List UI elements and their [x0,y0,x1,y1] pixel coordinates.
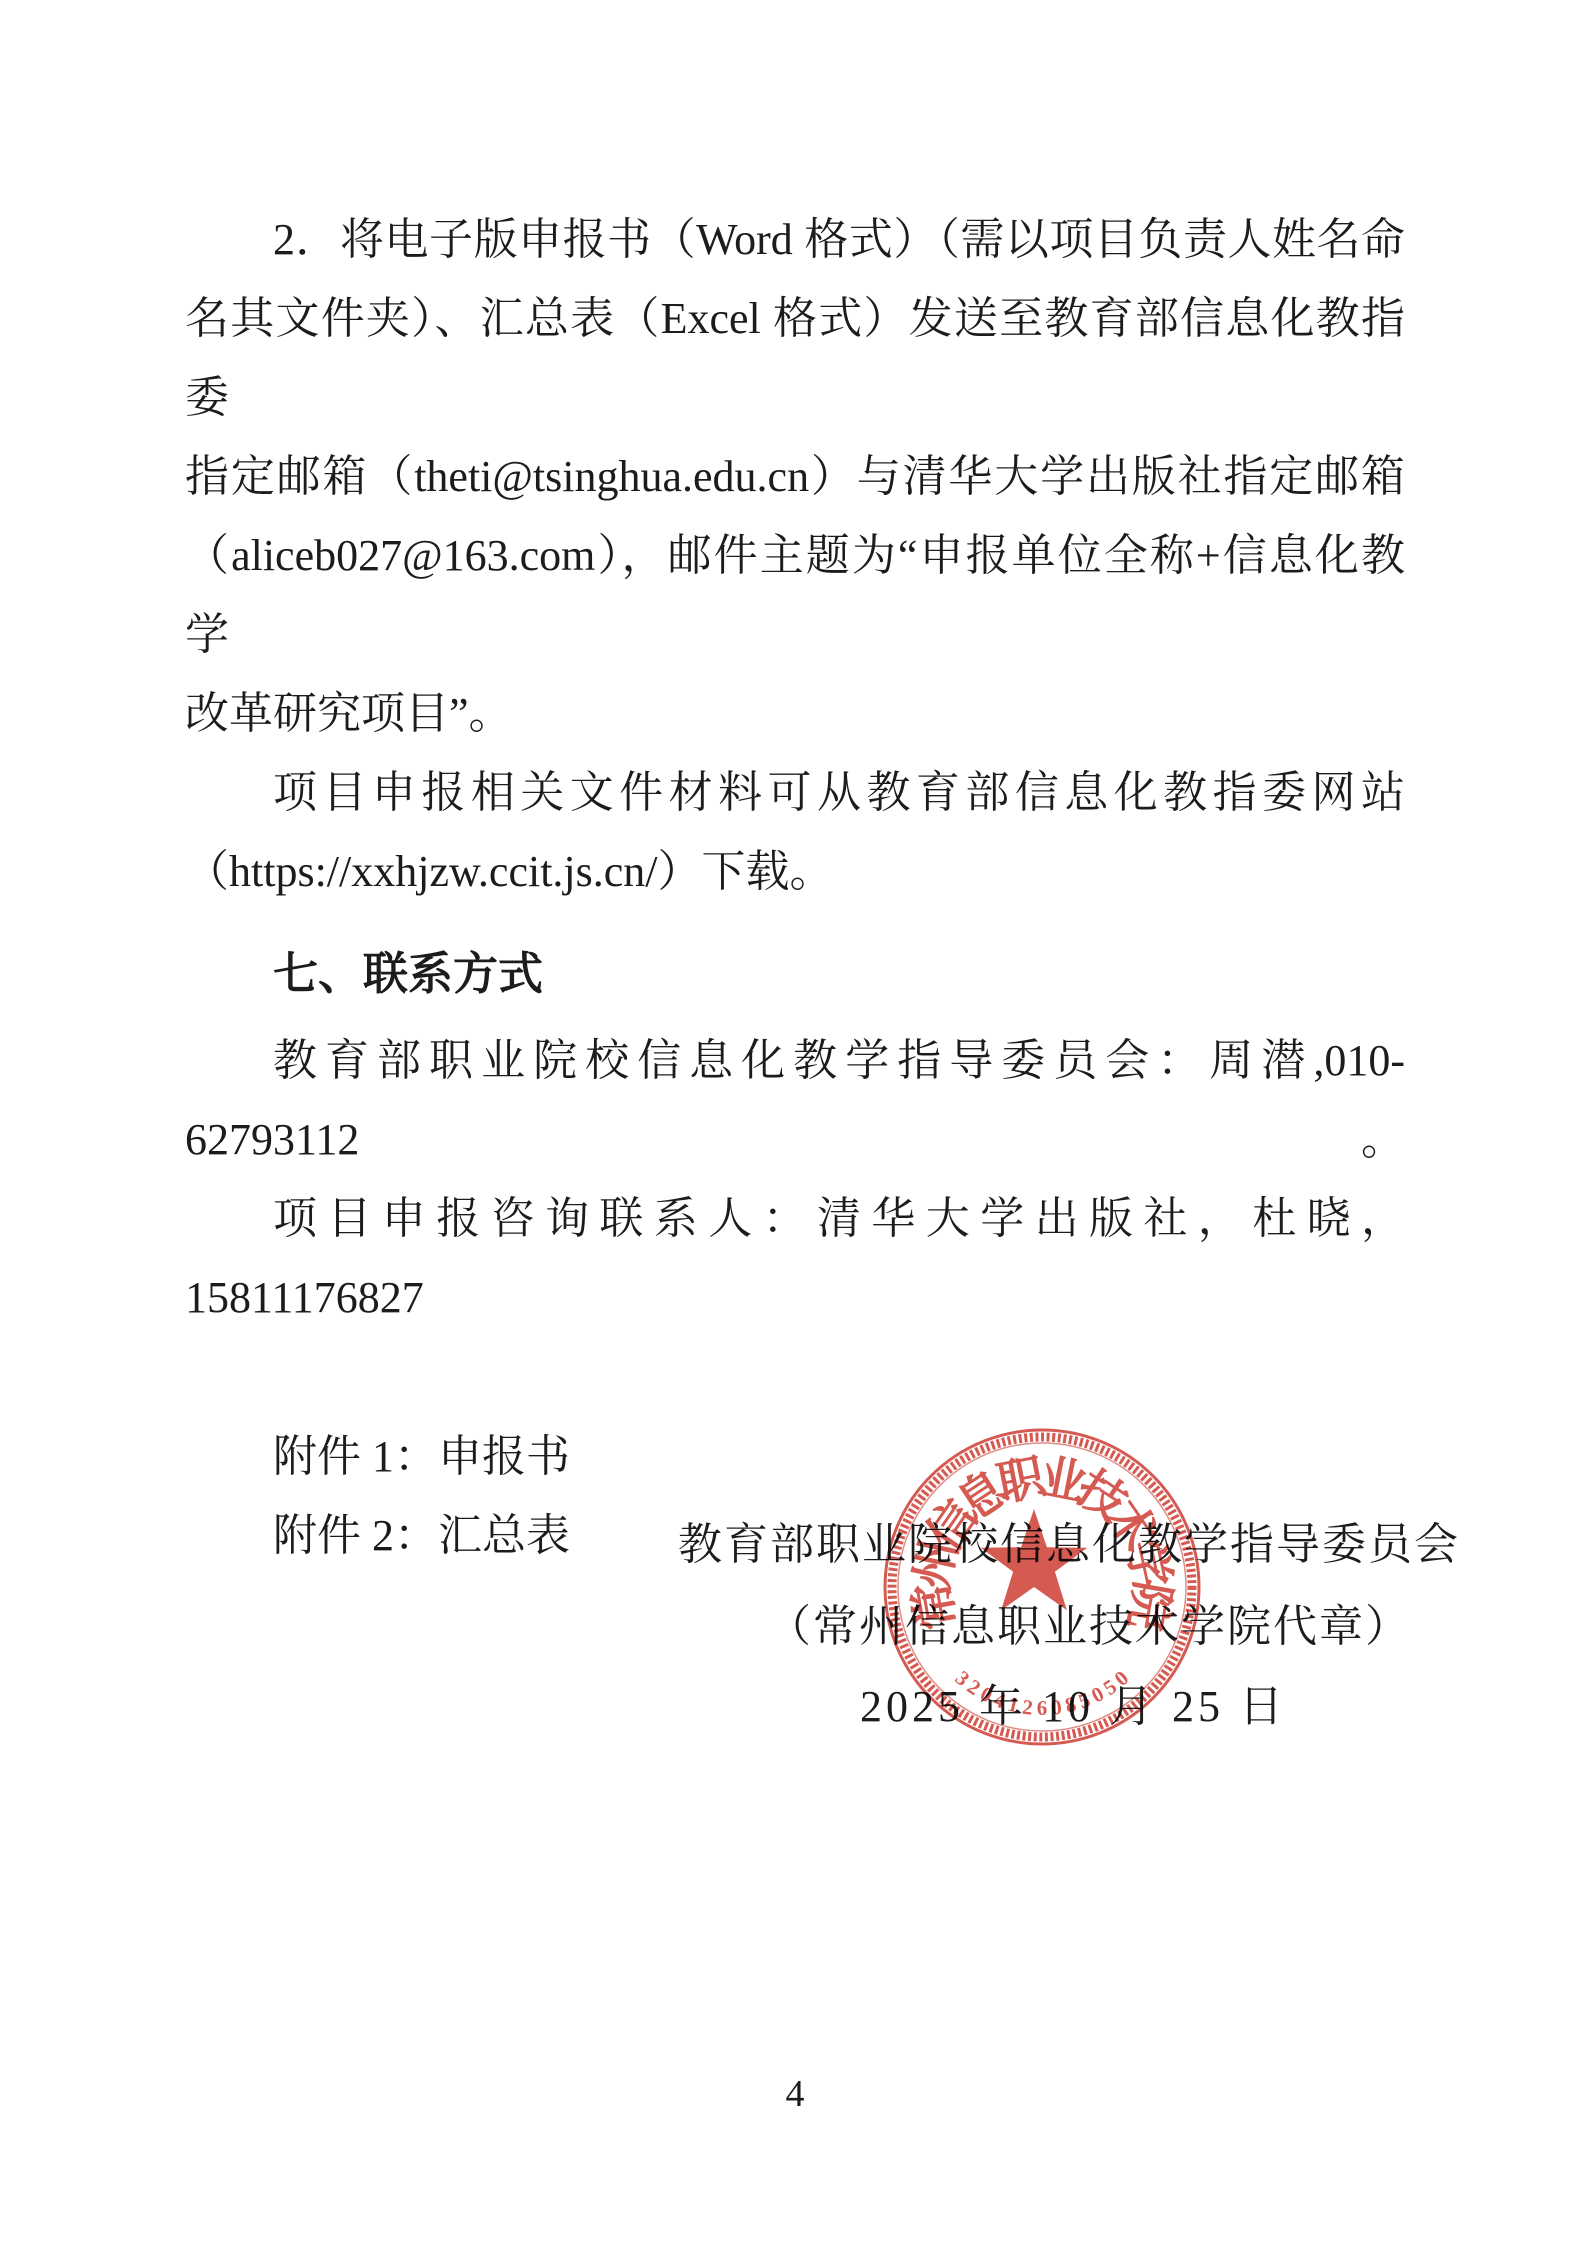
svg-text:2: 2 [1021,1695,1034,1720]
section-heading-contact: 七、联系方式 [185,934,1405,1013]
paragraph-download-line: 项目申报相关文件材料可从教育部信息化教指委网站 [185,753,1405,832]
document-body: 2．将电子版申报书（Word 格式）（需以项目负责人姓名命 名其文件夹）、汇总表… [185,200,1405,1575]
document-page: 2．将电子版申报书（Word 格式）（需以项目负责人姓名命 名其文件夹）、汇总表… [0,0,1588,2246]
svg-text:6: 6 [1037,1696,1048,1720]
paragraph-submission-line: 2．将电子版申报书（Word 格式）（需以项目负责人姓名命 [185,200,1405,279]
attachment-line-1: 附件 1：申报书 [185,1417,1405,1496]
seal-serial-number: 3204126085050 [951,1666,1133,1720]
seal-star-icon [981,1509,1088,1610]
svg-text:院: 院 [1118,1578,1179,1634]
contact-line-press: 项目申报咨询联系人：清华大学出版社，杜晓，15811176827 [185,1179,1405,1337]
page-number: 4 [185,2072,1405,2116]
paragraph-submission-line: 名其文件夹）、汇总表（Excel 格式）发送至教育部信息化教指委 [185,279,1405,437]
paragraph-submission-line: （aliceb027@163.com），邮件主题为“申报单位全称+信息化教学 [185,516,1405,674]
paragraph-submission-line: 改革研究项目”。 [185,674,1405,753]
contact-line-committee: 教育部职业院校信息化教学指导委员会：周潜,010-62793112。 [185,1021,1405,1179]
svg-text:0: 0 [1050,1695,1063,1720]
official-seal-stamp: 常州信息职业技术学院 3204126085050 [872,1417,1212,1757]
paragraph-submission-line: 指定邮箱（theti@tsinghua.edu.cn）与清华大学出版社指定邮箱 [185,437,1405,516]
svg-text:1: 1 [1005,1692,1021,1718]
paragraph-download-line: （https://xxhjzw.ccit.js.cn/）下载。 [185,832,1405,911]
